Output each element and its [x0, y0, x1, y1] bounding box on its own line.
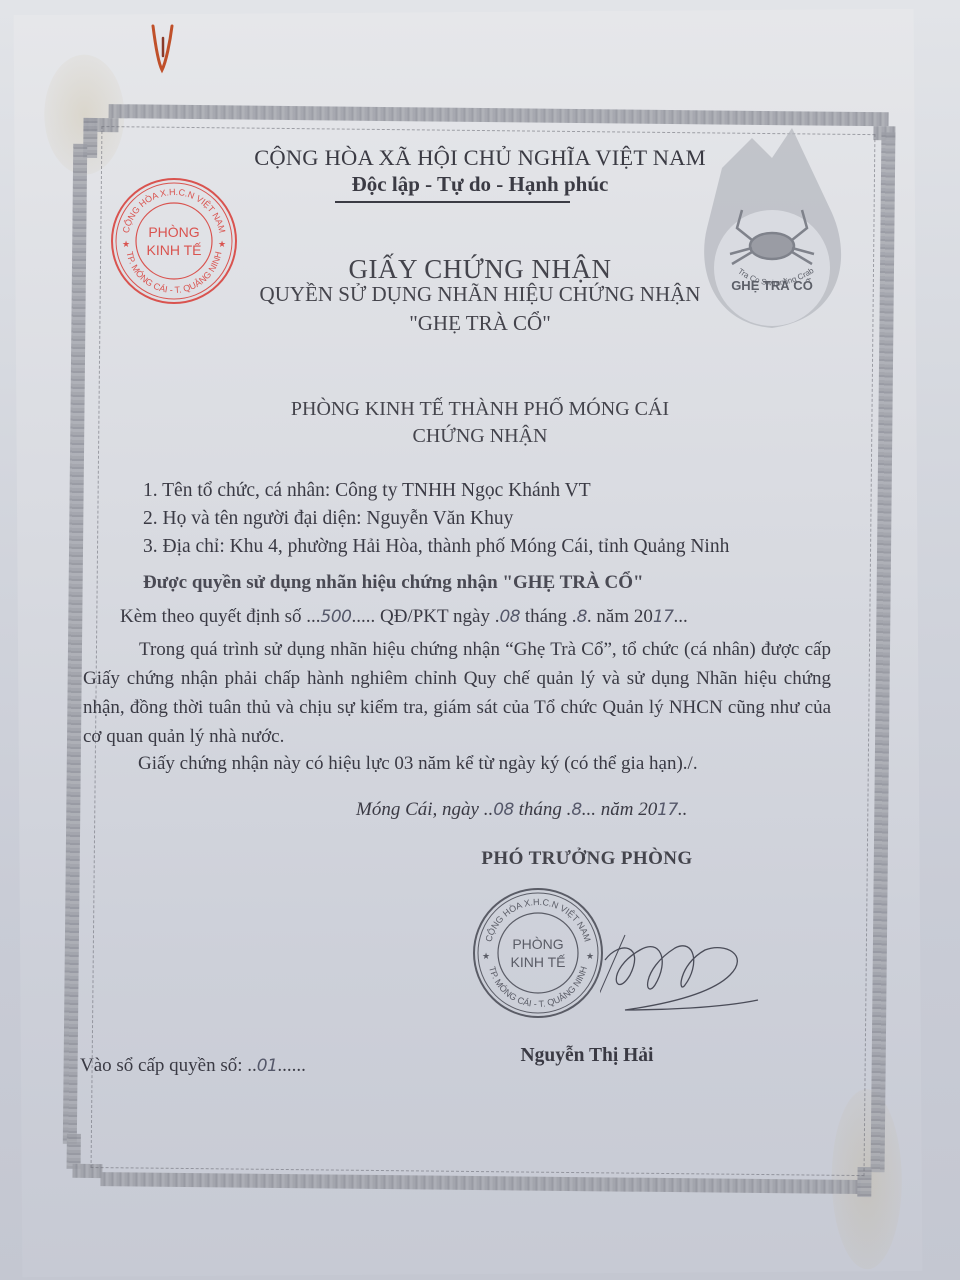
svg-text:PHÒNG: PHÒNG [148, 224, 199, 240]
svg-text:★: ★ [586, 951, 594, 961]
svg-text:★: ★ [218, 239, 226, 249]
register-label: Vào sổ cấp quyền số: .. [80, 1055, 257, 1076]
handwritten-signature [600, 930, 760, 1015]
certificate-brand: "GHẸ TRÀ CỔ" [160, 311, 800, 336]
motto-underline [335, 201, 570, 203]
register-line: Vào sổ cấp quyền số: ..01...... [80, 1055, 306, 1077]
decision-line: Kèm theo quyết định số ...500..... QĐ/PK… [120, 606, 688, 628]
decision-number: 500 [321, 607, 352, 627]
decision-text: tháng . [520, 606, 576, 627]
sign-month: 8 [571, 800, 581, 820]
issuer-name: PHÒNG KINH TẾ THÀNH PHỐ MÓNG CÁI [160, 398, 800, 421]
decision-text: ..... QĐ/PKT ngày . [351, 606, 499, 627]
item-value: Khu 4, phường Hải Hòa, thành phố Móng Cá… [230, 536, 730, 557]
decision-text: . năm 20 [587, 606, 653, 627]
handwritten-check-mark [150, 22, 174, 74]
svg-text:★: ★ [122, 239, 130, 249]
signer-position: PHÓ TRƯỞNG PHÒNG [460, 848, 714, 870]
item-value: Nguyễn Văn Khuy [366, 508, 513, 529]
decision-prefix: Kèm theo quyết định số ... [120, 606, 321, 627]
decision-text: ... [674, 606, 688, 627]
obligations-paragraph: Trong quá trình sử dụng nhãn hiệu chứng … [83, 635, 831, 751]
sign-day: 08 [493, 800, 514, 820]
granted-statement: Được quyền sử dụng nhãn hiệu chứng nhận … [143, 572, 644, 594]
certificate-title: GIẤY CHỨNG NHẬN [160, 254, 800, 285]
item-label: 2. Họ và tên người đại diện: [143, 508, 362, 529]
decision-month: 8 [577, 607, 587, 627]
validity-statement: Giấy chứng nhận này có hiệu lực 03 năm k… [138, 753, 698, 775]
national-motto: Độc lập - Tự do - Hạnh phúc [160, 172, 800, 197]
decision-year: 17 [653, 607, 674, 627]
national-title: CỘNG HÒA XÃ HỘI CHỦ NGHĨA VIỆT NAM [160, 145, 800, 171]
decision-day: 08 [499, 607, 520, 627]
place-date-text: .. [678, 799, 688, 820]
item-value: Công ty TNHH Ngọc Khánh VT [335, 480, 590, 501]
place-date-text: tháng . [514, 799, 572, 820]
place-date-text: ... năm 20 [582, 799, 657, 820]
item-address: 3. Địa chỉ: Khu 4, phường Hải Hòa, thành… [143, 536, 729, 558]
signature-stamp: CỘNG HÒA X.H.C.N VIỆT NAM TP. MÓNG CÁI -… [470, 885, 606, 1021]
place-date-text: Móng Cái, ngày .. [356, 799, 493, 820]
certifies-heading: CHỨNG NHẬN [160, 425, 800, 448]
register-number: 01 [257, 1056, 278, 1076]
item-organization: 1. Tên tổ chức, cá nhân: Công ty TNHH Ng… [143, 480, 591, 502]
sign-year: 17 [657, 800, 678, 820]
svg-text:KINH TẾ: KINH TẾ [511, 954, 566, 970]
item-representative: 2. Họ và tên người đại diện: Nguyễn Văn … [143, 508, 513, 530]
item-label: 3. Địa chỉ: [143, 536, 225, 557]
signer-name: Nguyễn Thị Hải [460, 1045, 714, 1067]
certificate-subtitle: QUYỀN SỬ DỤNG NHÃN HIỆU CHỨNG NHẬN [160, 282, 800, 307]
place-date: Móng Cái, ngày ..08 tháng .8... năm 2017… [356, 799, 687, 821]
svg-text:PHÒNG: PHÒNG [512, 936, 563, 952]
item-label: 1. Tên tổ chức, cá nhân: [143, 480, 330, 501]
svg-text:★: ★ [482, 951, 490, 961]
register-suffix: ...... [277, 1055, 306, 1076]
